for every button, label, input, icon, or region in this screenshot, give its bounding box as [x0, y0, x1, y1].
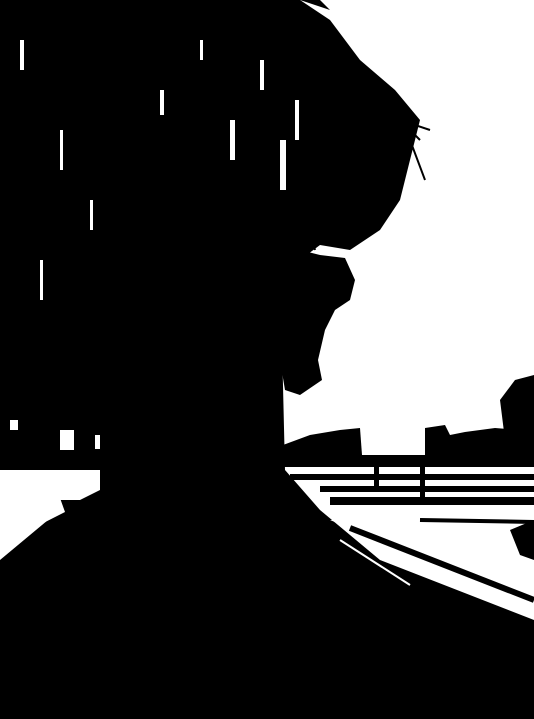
silhouette-photo	[0, 0, 534, 719]
photo	[0, 0, 534, 719]
